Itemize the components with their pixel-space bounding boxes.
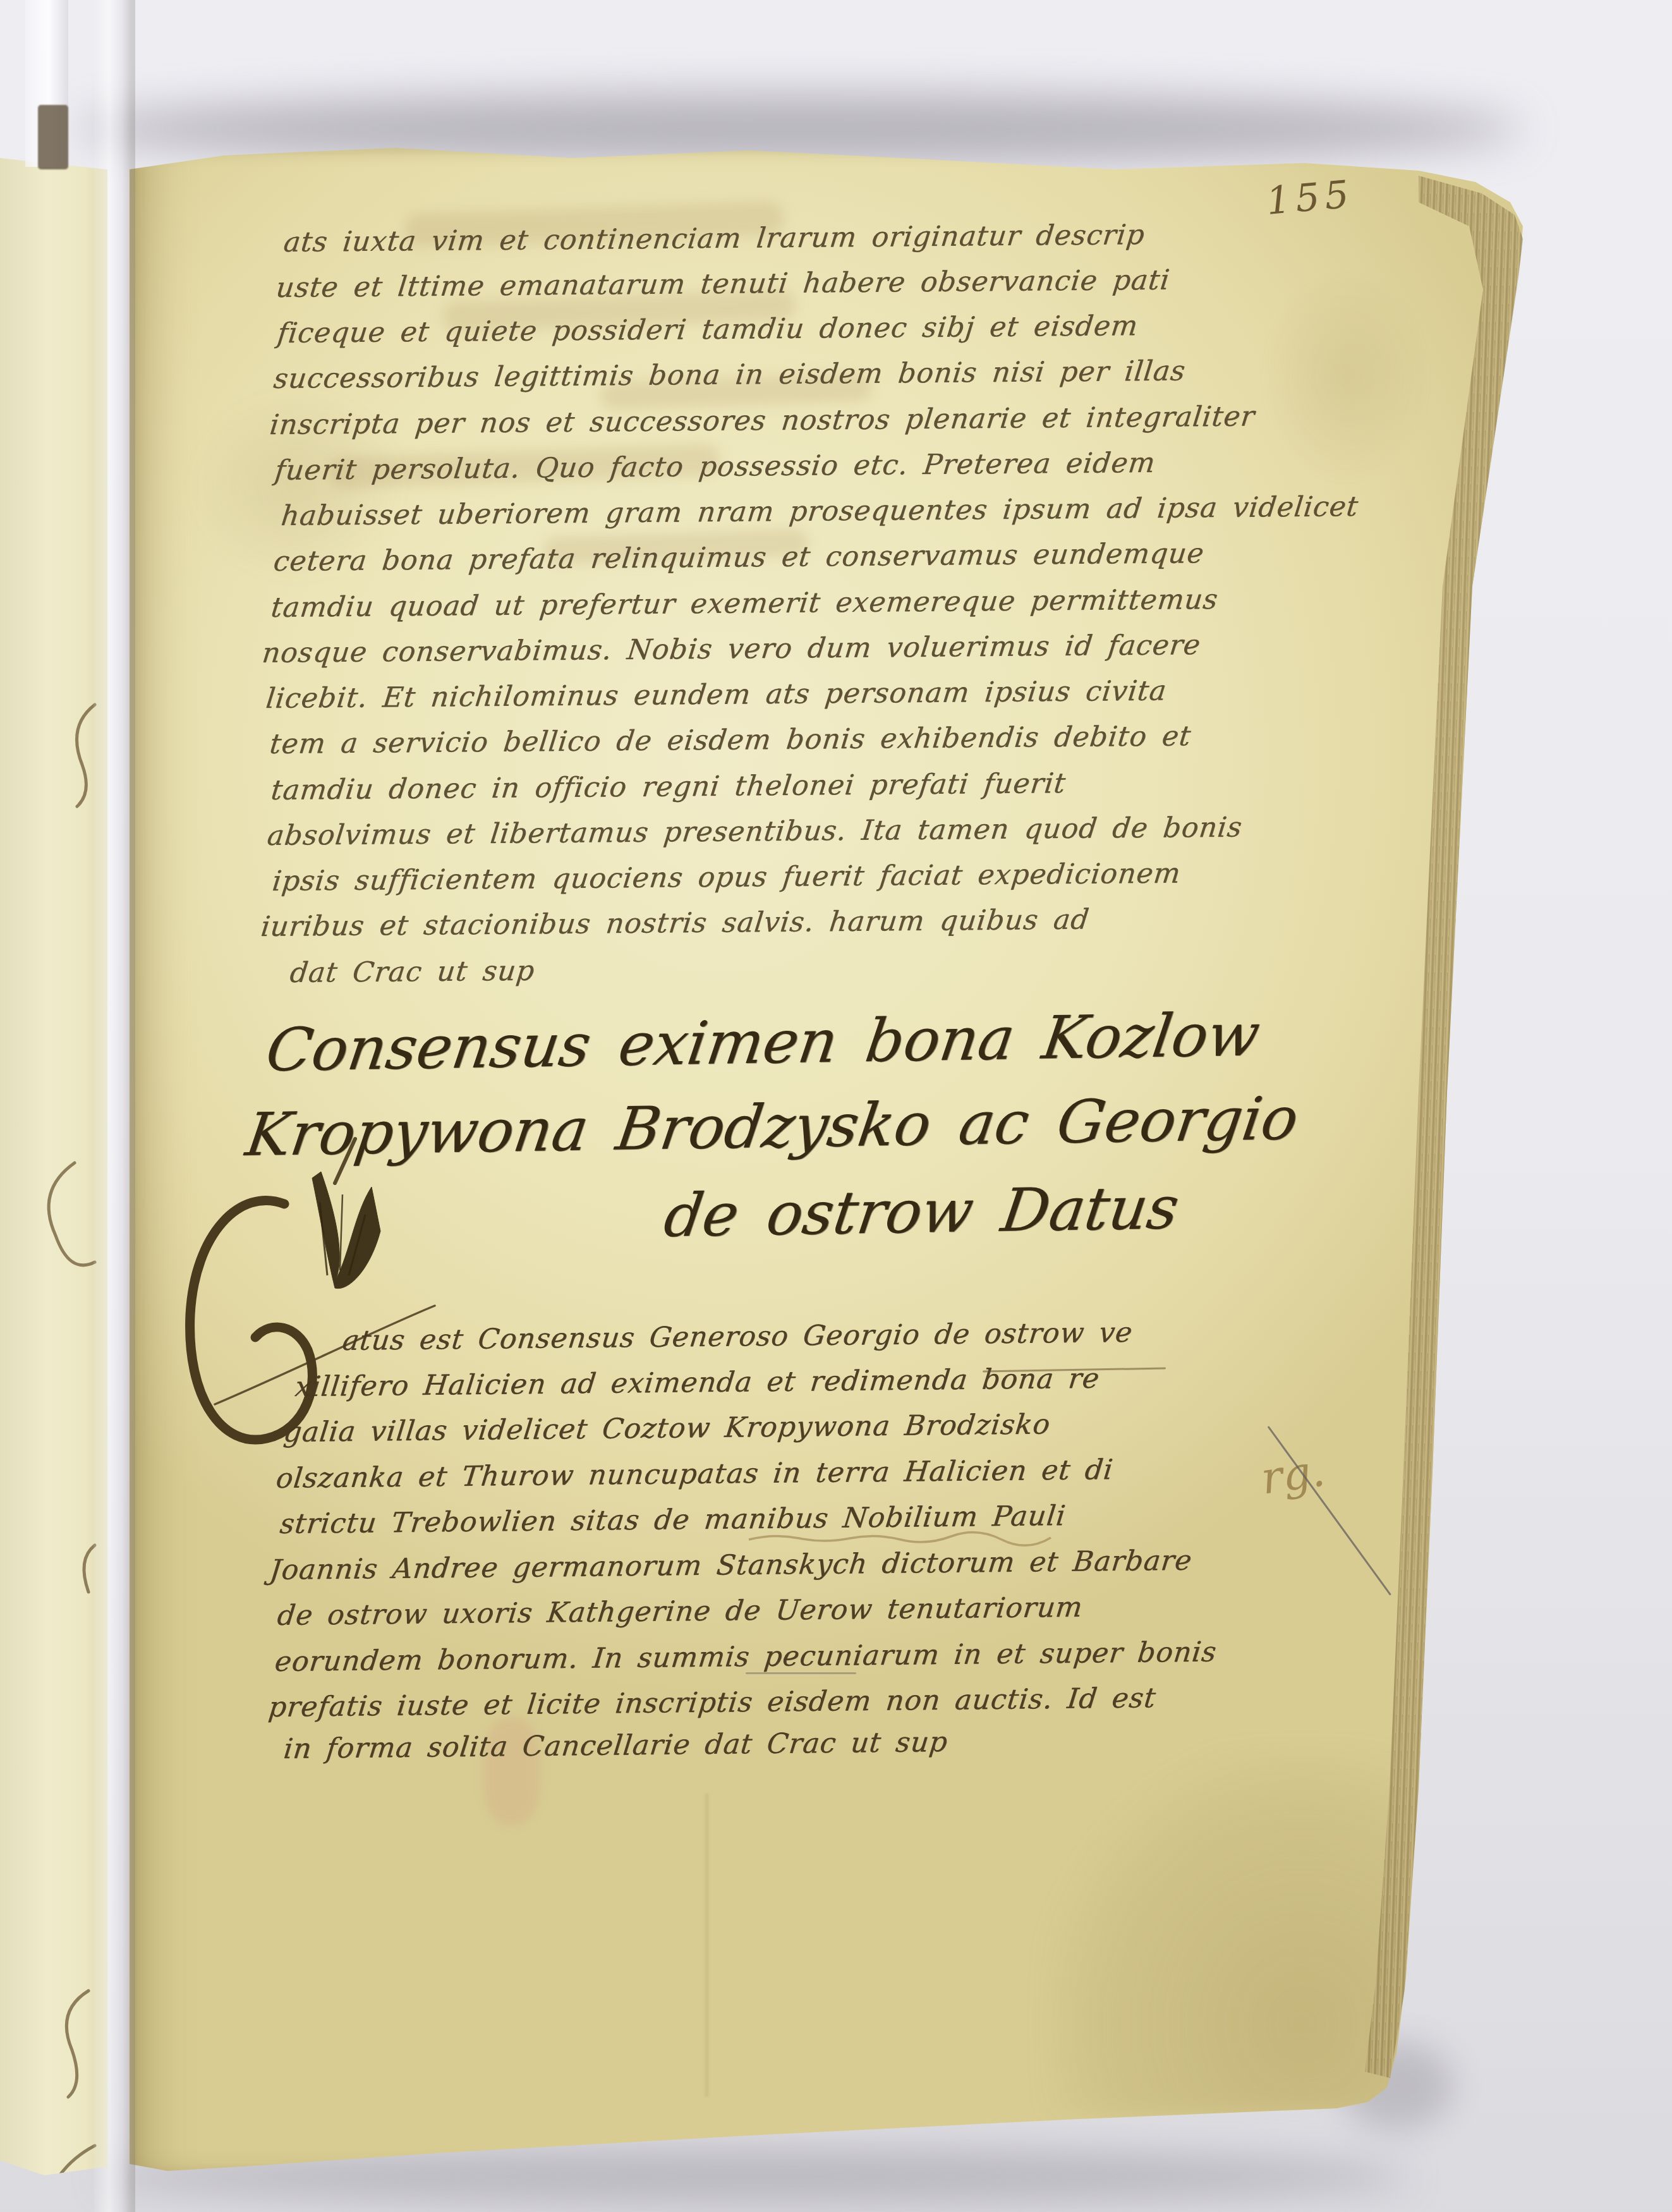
- folio-number: 155: [1264, 172, 1355, 224]
- heading-line: de ostrow Datus: [660, 1174, 1183, 1251]
- manuscript-scan: 155 ats iuxta vim et continenciam lrarum…: [0, 0, 1672, 2212]
- manuscript-line: dat Crac ut sup: [288, 955, 536, 989]
- page-lifter-clamp: [38, 105, 68, 169]
- page-crease: [706, 1794, 708, 2097]
- facing-page-edge: [0, 25, 107, 2187]
- fingerprint-smudge: [1261, 270, 1431, 485]
- corner-stain: [1046, 1749, 1412, 2116]
- facing-page-ink-marks: [0, 25, 107, 2187]
- underline-mark: [746, 1672, 856, 1674]
- wavy-underline-mark: [749, 1532, 1052, 1545]
- page-lifter-strip: [94, 0, 135, 2212]
